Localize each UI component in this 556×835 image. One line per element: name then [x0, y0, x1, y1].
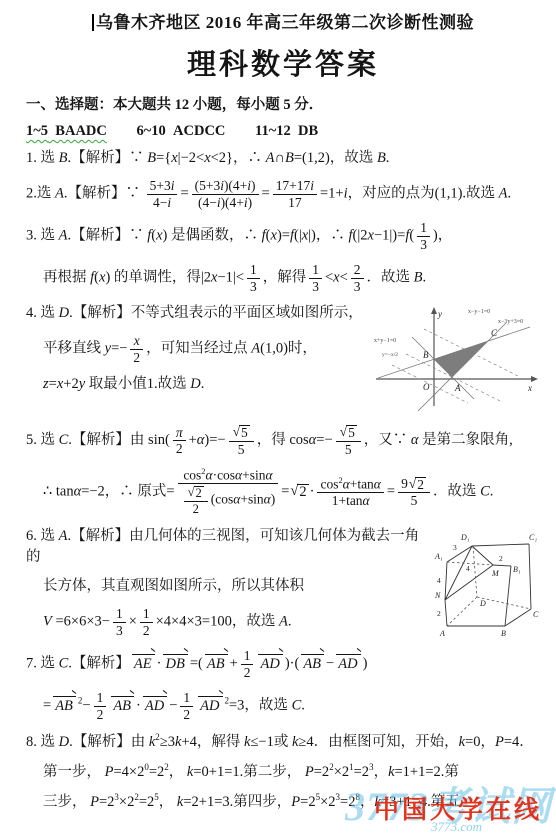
- watermark-url: 3773.com: [345, 820, 482, 833]
- line-label-xy1: x−y−1=0: [468, 309, 490, 315]
- choice-answer-line: 1~5 BAADC 6~10 ACDCC 11~12 DB: [26, 123, 540, 140]
- vertex-b1-label: B₁: [513, 565, 521, 574]
- section-heading: 一、选择题：本大题共 12 小题，每小题 5 分．: [26, 93, 540, 114]
- answer-range-1: 1~5: [26, 123, 48, 139]
- solution-line: 5. 选 C.【解析】由 sin(π2+α)=−√55，得 cosα=−√55，…: [26, 423, 540, 458]
- point-m-label: M: [491, 569, 500, 578]
- feasible-region-figure: y x O A B C x−y−1=0 x−3y+3=0 x+y−1=0 y=−…: [372, 305, 540, 411]
- x-axis-arrow: [531, 376, 538, 382]
- vertex-a-label: A: [439, 629, 445, 638]
- origin-label: O: [423, 382, 430, 392]
- x-axis-label: x: [527, 383, 532, 393]
- solution-line: 7. 选 C.【解析】AE·DB=(AB+12AD)·(AB−AD): [26, 647, 540, 681]
- point-c-label: C: [491, 328, 498, 338]
- vertex-b-label: B: [501, 629, 506, 638]
- point-n-label: N: [434, 591, 441, 600]
- answer-group-3: 11~12 DB: [255, 123, 318, 139]
- solution-8: 8. 选 D.【解析】由 k2≥3k+4，解得 k≤−1或 k≥4．由框图可知，…: [26, 731, 540, 813]
- vertex-a1-label: A₁: [434, 552, 443, 561]
- solution-line: 3. 选 A.【解析】∵ f(x) 是偶函数，∴ f(x)=f(|x|)，∴ f…: [26, 219, 540, 253]
- document-page[interactable]: 乌鲁木齐地区 2016 年高三年级第二次诊断性测验 理科数学答案 一、选择题：本…: [0, 0, 556, 835]
- answers-heading: 理科数学答案: [26, 42, 540, 83]
- answer-range-2: 6~10: [136, 123, 165, 139]
- point-b-label: B: [423, 350, 429, 360]
- solution-1: 1. 选 B.【解析】∵ B={x|−2<x<2}，∴ A∩B=(1,2)，故选…: [26, 148, 540, 169]
- solution-line: 2.选 A.【解析】∵ 5+3i4−i=(5+3i)(4+i)(4−i)(4+i…: [26, 177, 540, 211]
- cuboid-hidden-edges: [447, 546, 531, 626]
- point-a-label: A: [454, 383, 461, 393]
- answer-group-2: 6~10 ACDCC: [136, 123, 225, 139]
- answer-letters-3: DB: [298, 123, 318, 139]
- cuboid-solid-edges: [445, 544, 531, 626]
- y-axis-label: y: [437, 309, 442, 319]
- solution-2: 2.选 A.【解析】∵ 5+3i4−i=(5+3i)(4+i)(4−i)(4+i…: [26, 177, 540, 211]
- vertex-d-label: D: [479, 599, 486, 608]
- solution-4: y x O A B C x−y−1=0 x−3y+3=0 x+y−1=0 y=−…: [26, 303, 540, 415]
- solution-line: 第一步， P=4×20=22， k=0+1=1.第二步， P=22×21=23，…: [43, 761, 540, 783]
- edge-length-2b: 2: [437, 609, 441, 618]
- doc-title-text: 乌鲁木齐地区 2016 年高三年级第二次诊断性测验: [96, 13, 474, 32]
- solution-line: 再根据 f(x) 的单调性，得|2x−1|<13，解得13<x<23．故选 B.: [43, 261, 540, 295]
- cuboid-figure: D₁ C₁ A₁ B₁ M N D C A B 3 4 2 4 2: [434, 528, 540, 642]
- edge-length-2a: 2: [499, 554, 503, 563]
- vertex-c1-label: C₁: [529, 533, 537, 542]
- vertex-c-label: C: [533, 610, 539, 619]
- solution-line: =AB2−12AB·AD−12AD2=3，故选 C.: [43, 689, 540, 723]
- line-label-x3y3: x−3y+3=0: [498, 319, 523, 325]
- edge-length-4a: 4: [466, 564, 470, 573]
- vertex-d1-label: D₁: [460, 533, 470, 542]
- answer-range-3: 11~12: [255, 123, 291, 139]
- solution-6: D₁ C₁ A₁ B₁ M N D C A B 3 4 2 4 2 6. 选 A…: [26, 526, 540, 639]
- doc-title: 乌鲁木齐地区 2016 年高三年级第二次诊断性测验: [26, 8, 540, 33]
- objective-line-label: y=−x/2: [382, 352, 398, 358]
- text-cursor-caret: [92, 14, 94, 31]
- answer-letters-2: ACDCC: [173, 123, 225, 139]
- edge-length-3: 3: [453, 543, 457, 552]
- shaded-feasible-region: [434, 341, 488, 377]
- y-axis-arrow: [431, 307, 437, 314]
- solution-line: 8. 选 D.【解析】由 k2≥3k+4，解得 k≤−1或 k≥4．由框图可知，…: [26, 731, 540, 753]
- solution-5: 5. 选 C.【解析】由 sin(π2+α)=−√55，得 cosα=−√55，…: [26, 423, 540, 518]
- solution-line: 1. 选 B.【解析】∵ B={x|−2<x<2}，∴ A∩B=(1,2)，故选…: [26, 148, 540, 169]
- line-label-xpy1: x+y−1=0: [374, 338, 396, 344]
- answer-letters-1: BAADC: [55, 123, 107, 139]
- solution-line: ∴ tanα=−2，∴ 原式=cos2α·cosα+sinα√22(cosα+s…: [43, 466, 540, 518]
- solution-7: 7. 选 C.【解析】AE·DB=(AB+12AD)·(AB−AD) =AB2−…: [26, 647, 540, 723]
- answer-group-1: 1~5 BAADC: [26, 123, 107, 139]
- edge-length-4b: 4: [437, 576, 441, 585]
- solution-3: 3. 选 A.【解析】∵ f(x) 是偶函数，∴ f(x)=f(|x|)，∴ f…: [26, 219, 540, 295]
- solution-line: 三步， P=23×22=25， k=2+1=3.第四步，P=25×23=28，k…: [43, 791, 540, 813]
